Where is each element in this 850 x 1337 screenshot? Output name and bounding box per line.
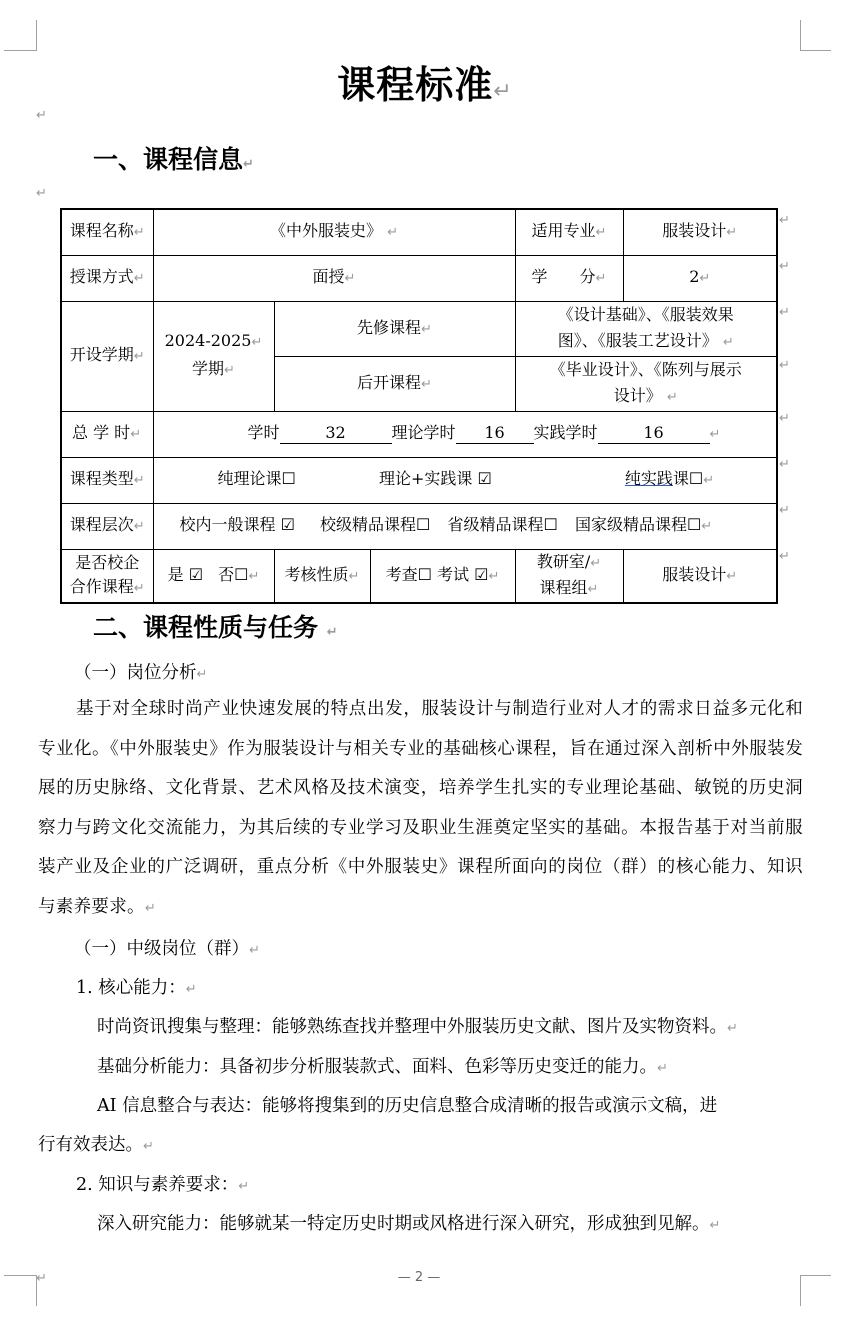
row-end-mark-icon: ↵ xyxy=(779,549,790,564)
prereq-value: 《设计基础》、《服装效果图》、《服装工艺设计》 ↵ xyxy=(515,301,777,356)
list-item: 时尚资讯搜集与整理：能够熟练查找并整理中外服装历史文献、图片及实物资料。↵ xyxy=(97,1013,738,1038)
checkbox-coop-yes[interactable]: 是 ☑ xyxy=(168,565,203,584)
title-text: 课程标准 xyxy=(337,63,493,107)
heading-text: 一、课程信息 xyxy=(93,145,243,174)
paragraph-mark-icon: ↵ xyxy=(36,186,47,201)
table-row: 课程名称↵ 《中外服装史》 ↵ 适用专业↵ 服装设计↵ xyxy=(61,209,777,255)
list-item: 基础分析能力：具备初步分析服装款式、面料、色彩等历史变迁的能力。↵ xyxy=(97,1053,668,1078)
hours-value: 学时32理论学时16实践学时16↵ xyxy=(153,411,777,457)
credit-value: 2↵ xyxy=(623,255,777,301)
prereq-label: 先修课程↵ xyxy=(274,301,515,356)
checkbox-theory-practice[interactable]: 理论+实践课 ☑ xyxy=(379,469,492,488)
paragraph-mark-icon: ↵ xyxy=(493,79,512,104)
checkbox-school-premium[interactable]: 校级精品课程☐ xyxy=(320,515,430,534)
theory-hours-field: 16 xyxy=(456,423,534,444)
row-end-mark-icon: ↵ xyxy=(779,457,790,472)
coop-options: 是 ☑ 否☐↵ xyxy=(153,549,274,603)
table-row: 是否校企合作课程↵ 是 ☑ 否☐↵ 考核性质↵ 考查☐ 考试 ☑↵ 教研室/↵课… xyxy=(61,549,777,603)
major-label: 适用专业↵ xyxy=(515,209,623,255)
course-type-options: 纯理论课☐ 理论+实践课 ☑ 纯实践课☐↵ xyxy=(153,457,777,503)
paragraph-job-analysis: 基于对全球时尚产业快速发展的特点出发，服装设计与制造行业对人才的需求日益多元化和… xyxy=(38,690,803,928)
paragraph-mark-icon: ↵ xyxy=(243,157,254,172)
assessment-label: 考核性质↵ xyxy=(274,549,370,603)
checkbox-assess-check[interactable]: 考查☐ xyxy=(386,565,432,584)
paragraph-mark-icon: ↵ xyxy=(327,625,338,640)
subheading-job-analysis: （一）岗位分析↵ xyxy=(74,659,207,684)
dept-value: 服装设计↵ xyxy=(623,549,777,603)
table-row: 总 学 时↵ 学时32理论学时16实践学时16↵ xyxy=(61,411,777,457)
semester-label: 开设学期↵ xyxy=(61,301,153,411)
checkbox-theory-only[interactable]: 纯理论课☐ xyxy=(218,469,296,488)
checkbox-assess-exam[interactable]: 考试 ☑↵ xyxy=(437,565,499,584)
row-end-mark-icon: ↵ xyxy=(779,305,790,320)
list-heading-core-abilities: 1. 核心能力：↵ xyxy=(76,974,197,999)
list-item: 深入研究能力：能够就某一特定历史时期或风格进行深入研究，形成独到见解。↵ xyxy=(97,1210,720,1235)
course-info-table: 课程名称↵ 《中外服装史》 ↵ 适用专业↵ 服装设计↵ 授课方式↵ 面授↵ 学 … xyxy=(60,208,778,604)
course-type-label: 课程类型↵ xyxy=(61,457,153,503)
crop-mark-top-right xyxy=(800,20,831,51)
row-end-mark-icon: ↵ xyxy=(779,358,790,373)
followup-value: 《毕业设计》、《陈列与展示设计》 ↵ xyxy=(515,356,777,411)
row-end-mark-icon: ↵ xyxy=(779,259,790,274)
course-name-value: 《中外服装史》 ↵ xyxy=(153,209,515,255)
checkbox-coop-no[interactable]: 否☐↵ xyxy=(218,565,259,584)
teaching-mode-label: 授课方式↵ xyxy=(61,255,153,301)
followup-label: 后开课程↵ xyxy=(274,356,515,411)
teaching-mode-value: 面授↵ xyxy=(153,255,515,301)
dept-label: 教研室/↵课程组↵ xyxy=(515,549,623,603)
course-level-label: 课程层次↵ xyxy=(61,503,153,549)
course-level-options: 校内一般课程 ☑ 校级精品课程☐ 省级精品课程☐ 国家级精品课程☐↵ xyxy=(153,503,777,549)
checkbox-school-general[interactable]: 校内一般课程 ☑ xyxy=(180,515,295,534)
row-end-mark-icon: ↵ xyxy=(779,213,790,228)
heading-text: 二、课程性质与任务 xyxy=(93,613,318,642)
table-row: 授课方式↵ 面授↵ 学 分↵ 2↵ xyxy=(61,255,777,301)
paragraph-mark-icon: ↵ xyxy=(36,108,47,123)
checkbox-province-premium[interactable]: 省级精品课程☐ xyxy=(447,515,557,534)
list-item-continuation: 行有效表达。↵ xyxy=(38,1131,154,1156)
list-item: AI 信息整合与表达：能够将搜集到的历史信息整合成清晰的报告或演示文稿，进 xyxy=(97,1092,717,1117)
semester-value: 2024-2025↵学期↵ xyxy=(153,301,274,411)
document-title: 课程标准↵ xyxy=(0,54,850,109)
checkbox-practice-only[interactable]: 纯实践课☐↵ xyxy=(625,469,714,488)
practice-hours-field: 16 xyxy=(598,423,710,444)
assessment-options: 考查☐ 考试 ☑↵ xyxy=(370,549,515,603)
hours-field: 32 xyxy=(280,423,392,444)
subheading-mid-level-jobs: （一）中级岗位（群）↵ xyxy=(74,935,260,960)
checkbox-national-premium[interactable]: 国家级精品课程☐↵ xyxy=(575,515,712,534)
section-heading-course-info: 一、课程信息↵ xyxy=(93,140,254,176)
table-row: 课程层次↵ 校内一般课程 ☑ 校级精品课程☐ 省级精品课程☐ 国家级精品课程☐↵ xyxy=(61,503,777,549)
list-heading-knowledge: 2. 知识与素养要求：↵ xyxy=(76,1171,249,1196)
row-end-mark-icon: ↵ xyxy=(779,411,790,426)
course-name-label: 课程名称↵ xyxy=(61,209,153,255)
coop-label: 是否校企合作课程↵ xyxy=(61,549,153,603)
total-hours-label: 总 学 时↵ xyxy=(61,411,153,457)
major-value: 服装设计↵ xyxy=(623,209,777,255)
table-row: 开设学期↵ 2024-2025↵学期↵ 先修课程↵ 《设计基础》、《服装效果图》… xyxy=(61,301,777,356)
credit-label: 学 分↵ xyxy=(515,255,623,301)
table-row: 课程类型↵ 纯理论课☐ 理论+实践课 ☑ 纯实践课☐↵ xyxy=(61,457,777,503)
section-heading-nature-tasks: 二、课程性质与任务 ↵ xyxy=(93,608,338,644)
page-number: — 2 — xyxy=(0,1270,838,1285)
row-end-mark-icon: ↵ xyxy=(779,503,790,518)
crop-mark-top-left xyxy=(4,20,37,51)
